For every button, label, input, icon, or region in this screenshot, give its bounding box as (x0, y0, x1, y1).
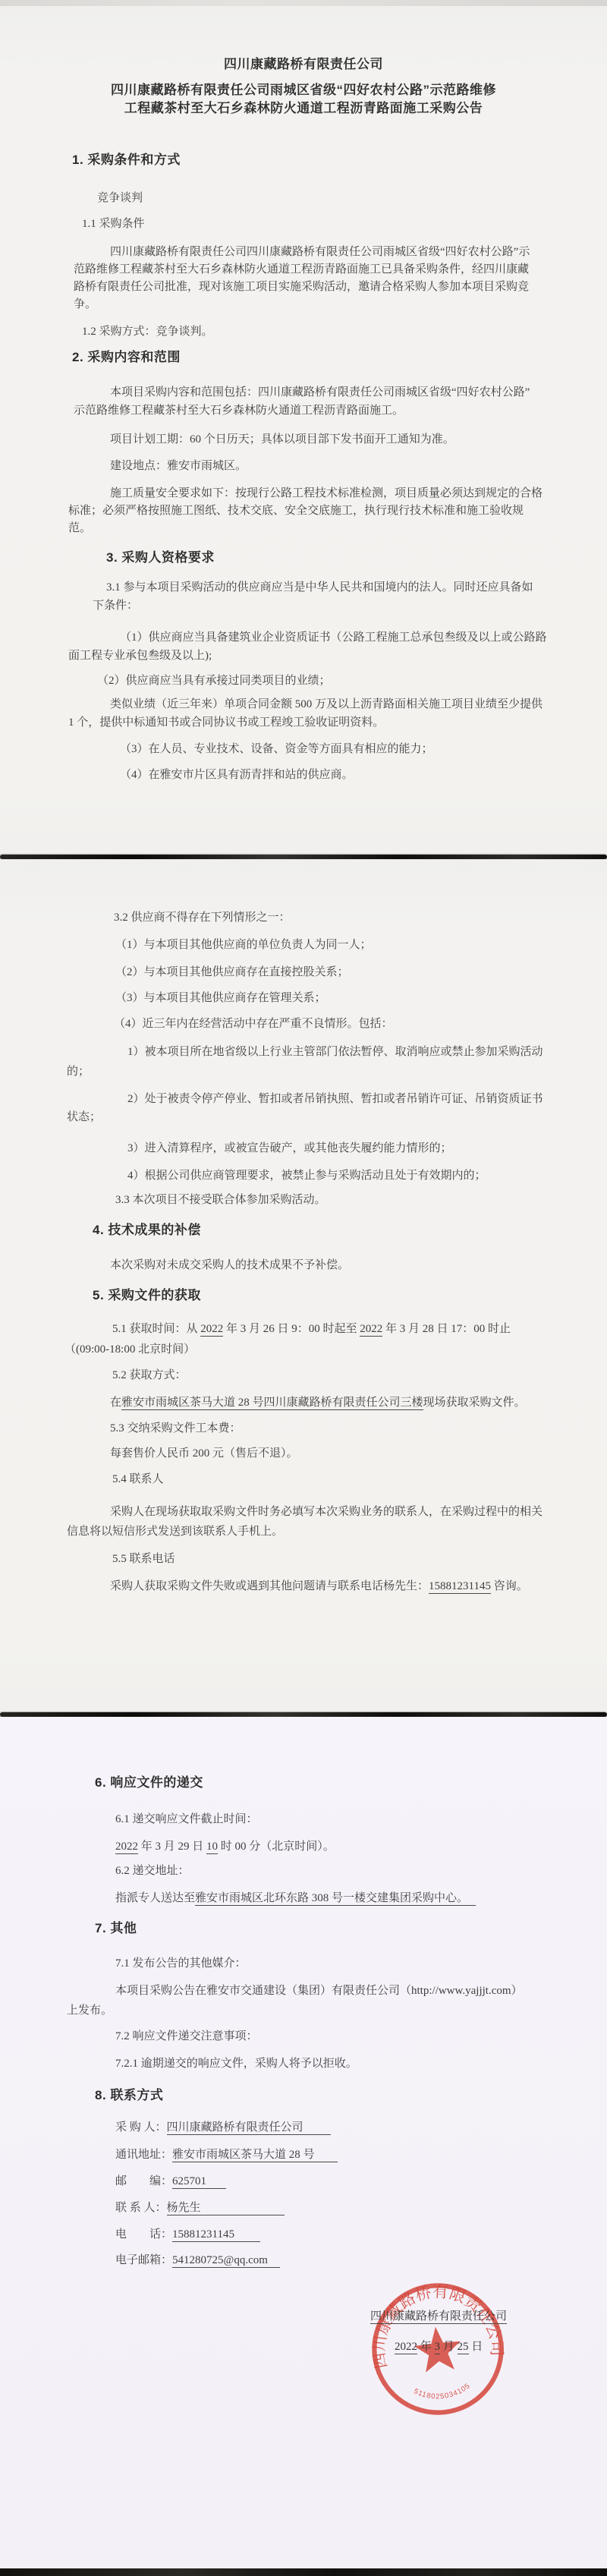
qualification-item3: （3）在人员、专业技术、设备、资金等方面具有相应的能力； (120, 742, 433, 757)
row-value: 15881231145 (172, 2228, 260, 2242)
text-line: 范路维修工程藏茶村至大石乡森林防火通道工程沥青路面施工已具备采购条件，经四川康藏 (74, 263, 529, 277)
text-line: 上发布。 (67, 2004, 112, 2018)
section3-2-heading: 3.2 供应商不得存在下列情形之一： (114, 911, 291, 925)
section4-body: 本次采购对未成交采购人的技术成果不予补偿。 (110, 1258, 349, 1273)
row-label: 电 话： (115, 2228, 172, 2241)
qualification-item2: （2）供应商应当具有承接过同类项目的业绩； (97, 674, 331, 688)
year-underlined: 2022 (115, 1841, 138, 1854)
text-line: 施工质量安全要求如下：按现行公路工程技术标准检测，项目质量必须达到规定的合格 (110, 487, 543, 501)
text-line: （1）供应商应当具备建筑业企业资质证书（公路工程施工总承包叁级及以上或公路路 (120, 631, 547, 645)
section3-3: 3.3 本次项目不接受联合体参加采购活动。 (115, 1193, 326, 1208)
text-line: 下条件： (93, 599, 138, 613)
text-part: 年 3 月 29 日 (138, 1841, 206, 1853)
text-line: 1 个，提供中标通知书或合同协议书或工程竣工验收证明资料。 (68, 716, 384, 730)
section4-heading: 4. 技术成果的补偿 (93, 1222, 201, 1238)
section1-2: 1.2 采购方式：竞争谈判。 (82, 325, 213, 339)
section2-heading: 2. 采购内容和范围 (72, 349, 181, 365)
restriction-item1: （1）与本项目其他供应商的单位负责人为同一人； (115, 938, 372, 953)
section1-heading: 1. 采购条件和方式 (72, 152, 181, 168)
obtain-address-line: 在雅安市雨城区茶马大道 28 号四川康藏路桥有限责任公司三楼现场获取采购文件。 (110, 1396, 526, 1410)
signature-company-text: 四川康藏路桥有限责任公司 (370, 2310, 507, 2324)
stamp-serial-text: 5118025034105 (412, 2381, 473, 2404)
section5-5-heading: 5.5 联系电话 (112, 1552, 175, 1567)
text-part: 指派专人送达至 (115, 1892, 195, 1904)
text-line: 范。 (68, 521, 91, 536)
delivery-address-line: 指派专人送达至雅安市雨城区北环东路 308 号一楼交建集团采购中心。 (115, 1891, 476, 1906)
year-underlined: 2022 (360, 1323, 382, 1337)
row-label: 通讯地址： (115, 2149, 172, 2161)
text-line: 示范路维修工程藏茶村至大石乡森林防火通道工程沥青路面施工。 (74, 404, 404, 418)
page-2: 3.2 供应商不得存在下列情形之一： （1）与本项目其他供应商的单位负责人为同一… (0, 859, 607, 1712)
date-month: 3 (435, 2341, 441, 2354)
contact-row: 采 购 人：四川康藏路桥有限责任公司 (115, 2121, 331, 2135)
project-duration: 项目计划工期：60 个日历天；具体以项目部下发书面开工通知为准。 (110, 433, 454, 447)
text-part: 时 00 分（北京时间）。 (218, 1841, 335, 1853)
text-part: 年 3 月 26 日 9：00 时起至 (223, 1323, 360, 1335)
row-label: 联 系 人： (115, 2202, 167, 2214)
text-line: 信息将以短信形式发送到该联系人手机上。 (67, 1525, 283, 1539)
contact-row: 电 话：15881231145 (115, 2228, 260, 2242)
document-title-line3: 工程藏茶村至大石乡森林防火通道工程沥青路面施工采购公告 (0, 97, 607, 116)
obtain-time-line: 5.1 获取时间：从 2022 年 3 月 26 日 9：00 时起至 2022… (112, 1322, 511, 1337)
contact-row: 联 系 人：杨先生 (115, 2201, 285, 2215)
text-line: 争。 (74, 298, 96, 312)
phone-underlined: 15881231145 (429, 1580, 491, 1594)
text-line: 采购人在现场获取取采购文件时务必填写本次采购业务的联系人，在采购过程中的相关 (110, 1505, 543, 1519)
section6-heading: 6. 响应文件的递交 (95, 1775, 203, 1790)
row-value: 541280725@qq.com (172, 2254, 280, 2268)
hour-underlined: 10 (206, 1841, 218, 1854)
document-title-line2: 四川康藏路桥有限责任公司雨城区省级“四好农村公路”示范路维修 (0, 79, 607, 98)
restriction-sub3: 3）进入清算程序，或被宣告破产，或其他丧失履约能力情形的； (127, 1142, 452, 1156)
row-value: 625701 (172, 2175, 226, 2189)
date-year: 2022 (395, 2341, 417, 2354)
restriction-item2: （2）与本项目其他供应商存在直接控股关系； (115, 965, 349, 980)
text-part: 5.1 获取时间：从 (112, 1323, 200, 1335)
restriction-sub4: 4）根据公司供应商管理要求，被禁止参与采购活动且处于有效期内的； (127, 1169, 486, 1183)
row-value: 四川康藏路桥有限责任公司 (167, 2121, 331, 2135)
section3-heading: 3. 采购人资格要求 (106, 550, 215, 565)
text-part: 月 (440, 2341, 458, 2353)
deadline-line: 2022 年 3 月 29 日 10 时 00 分（北京时间）。 (115, 1840, 335, 1854)
text-line: 1）被本项目所在地省级以上行业主管部门依法暂停、取消响应或禁止参加采购活动 (127, 1045, 543, 1060)
section7-heading: 7. 其他 (95, 1920, 137, 1936)
section5-4-heading: 5.4 联系人 (112, 1472, 164, 1487)
year-underlined: 2022 (200, 1323, 223, 1337)
section8-heading: 8. 联系方式 (95, 2087, 163, 2103)
text-line: 本项目采购内容和范围包括：四川康藏路桥有限责任公司雨城区省级“四好农村公路” (110, 386, 530, 400)
row-label: 电子邮箱： (115, 2254, 172, 2266)
section5-heading: 5. 采购文件的获取 (93, 1287, 201, 1303)
row-label: 采 购 人： (115, 2121, 167, 2134)
contact-phone-line: 采购人获取采购文件失败或遇到其他问题请与联系电话杨先生：15881231145 … (110, 1579, 528, 1594)
text-line: 2）处于被责令停产停业、暂扣或者吊销执照、暂扣或者吊销许可证、吊销资质证书 (127, 1092, 543, 1107)
text-line: 标准；必须严格按照施工图纸、技术交底、安全交底施工，执行现行技术标准和施工验收规 (68, 504, 524, 518)
text-part: 咨询。 (491, 1580, 528, 1592)
section7-2-1: 7.2.1 逾期递交的响应文件，采购人将予以拒收。 (115, 2057, 357, 2071)
contact-row: 通讯地址：雅安市雨城区茶马大道 28 号 (115, 2148, 338, 2162)
text-part: 年 (417, 2341, 435, 2353)
section7-1-heading: 7.1 发布公告的其他媒介： (115, 1957, 247, 1971)
text-part: 日 (469, 2341, 483, 2353)
section5-3-heading: 5.3 交纳采购文件工本费： (110, 1422, 241, 1436)
text-line: 3.1 参与本项目采购活动的供应商应当是中华人民共和国境内的法人。同时还应具备如 (106, 581, 533, 595)
row-value: 雅安市雨城区茶马大道 28 号 (172, 2149, 338, 2162)
document-fee: 每套售价人民币 200 元（售后不退）。 (110, 1447, 298, 1461)
qualification-item4: （4）在雅安市片区具有沥青拌和站的供应商。 (120, 768, 354, 783)
address-underlined: 雅安市雨城区茶马大道 28 号四川康藏路桥有限责任公司三楼 (121, 1397, 423, 1410)
text-line: 四川康藏路桥有限责任公司四川康藏路桥有限责任公司雨城区省级“四好农村公路”示 (110, 245, 530, 260)
signature-company: 四川康藏路桥有限责任公司 (370, 2307, 507, 2323)
text-line: 面工程专业承包叁级及以上); (68, 649, 212, 663)
row-value: 杨先生 (167, 2202, 285, 2215)
text-part: 年 3 月 28 日 17：00 时止 (382, 1323, 511, 1335)
text-part: 在 (110, 1397, 121, 1409)
signature-date: 2022 年 3 月 25 日 (395, 2338, 483, 2354)
text-part: 现场获取采购文件。 (423, 1397, 526, 1409)
restriction-item3: （3）与本项目其他供应商存在管理关系； (115, 991, 326, 1006)
text-line: 本项目采购公告在雅安市交通建设（集团）有限责任公司（http://www.yaj… (115, 1984, 523, 1998)
beijing-time-note: （(09:00-18:00 北京时间） (64, 1343, 195, 1357)
section5-2-heading: 5.2 获取方式： (112, 1368, 187, 1383)
section6-2-heading: 6.2 递交地址： (115, 1864, 190, 1878)
page-3: 6. 响应文件的递交 6.1 递交响应文件截止时间： 2022 年 3 月 29… (0, 1717, 607, 2568)
text-line: 类似业绩（近三年来）单项合同金额 500 万及以上沥青路面相关施工项目业绩至少提… (110, 698, 543, 712)
contact-row: 电子邮箱：541280725@qq.com (115, 2253, 280, 2268)
project-location: 建设地点：雅安市雨城区。 (110, 459, 247, 474)
date-day: 25 (458, 2341, 469, 2354)
restriction-item4: （4）近三年内在经营活动中存在严重不良情形。包括： (114, 1017, 393, 1031)
delivery-address-underlined: 雅安市雨城区北环东路 308 号一楼交建集团采购中心。 (195, 1892, 476, 1906)
page-1: 四川康藏路桥有限责任公司 四川康藏路桥有限责任公司雨城区省级“四好农村公路”示范… (0, 6, 607, 855)
text-line: 的； (67, 1065, 90, 1079)
scanned-procurement-notice: { "doc_title": { "line1": "四川康藏路桥有限责任公司"… (0, 0, 607, 2576)
text-line: 状态； (67, 1110, 101, 1125)
scan-top-edge (0, 0, 607, 6)
section6-1-heading: 6.1 递交响应文件截止时间： (115, 1812, 258, 1827)
section1-1-heading: 1.1 采购条件 (82, 217, 145, 231)
scan-bottom-edge (0, 2568, 607, 2576)
text-line: 路桥有限责任公司批准，现对该施工项目实施采购活动，邀请合格采购人参加本项目采购竞 (74, 280, 529, 294)
document-title-line1: 四川康藏路桥有限责任公司 (0, 53, 607, 72)
row-label: 邮 编： (115, 2175, 172, 2187)
text-part: 采购人获取采购文件失败或遇到其他问题请与联系电话杨先生： (110, 1580, 429, 1592)
contact-row: 邮 编：625701 (115, 2174, 226, 2189)
procurement-method: 竞争谈判 (97, 191, 143, 206)
section7-2-heading: 7.2 响应文件递交注意事项： (115, 2030, 258, 2044)
